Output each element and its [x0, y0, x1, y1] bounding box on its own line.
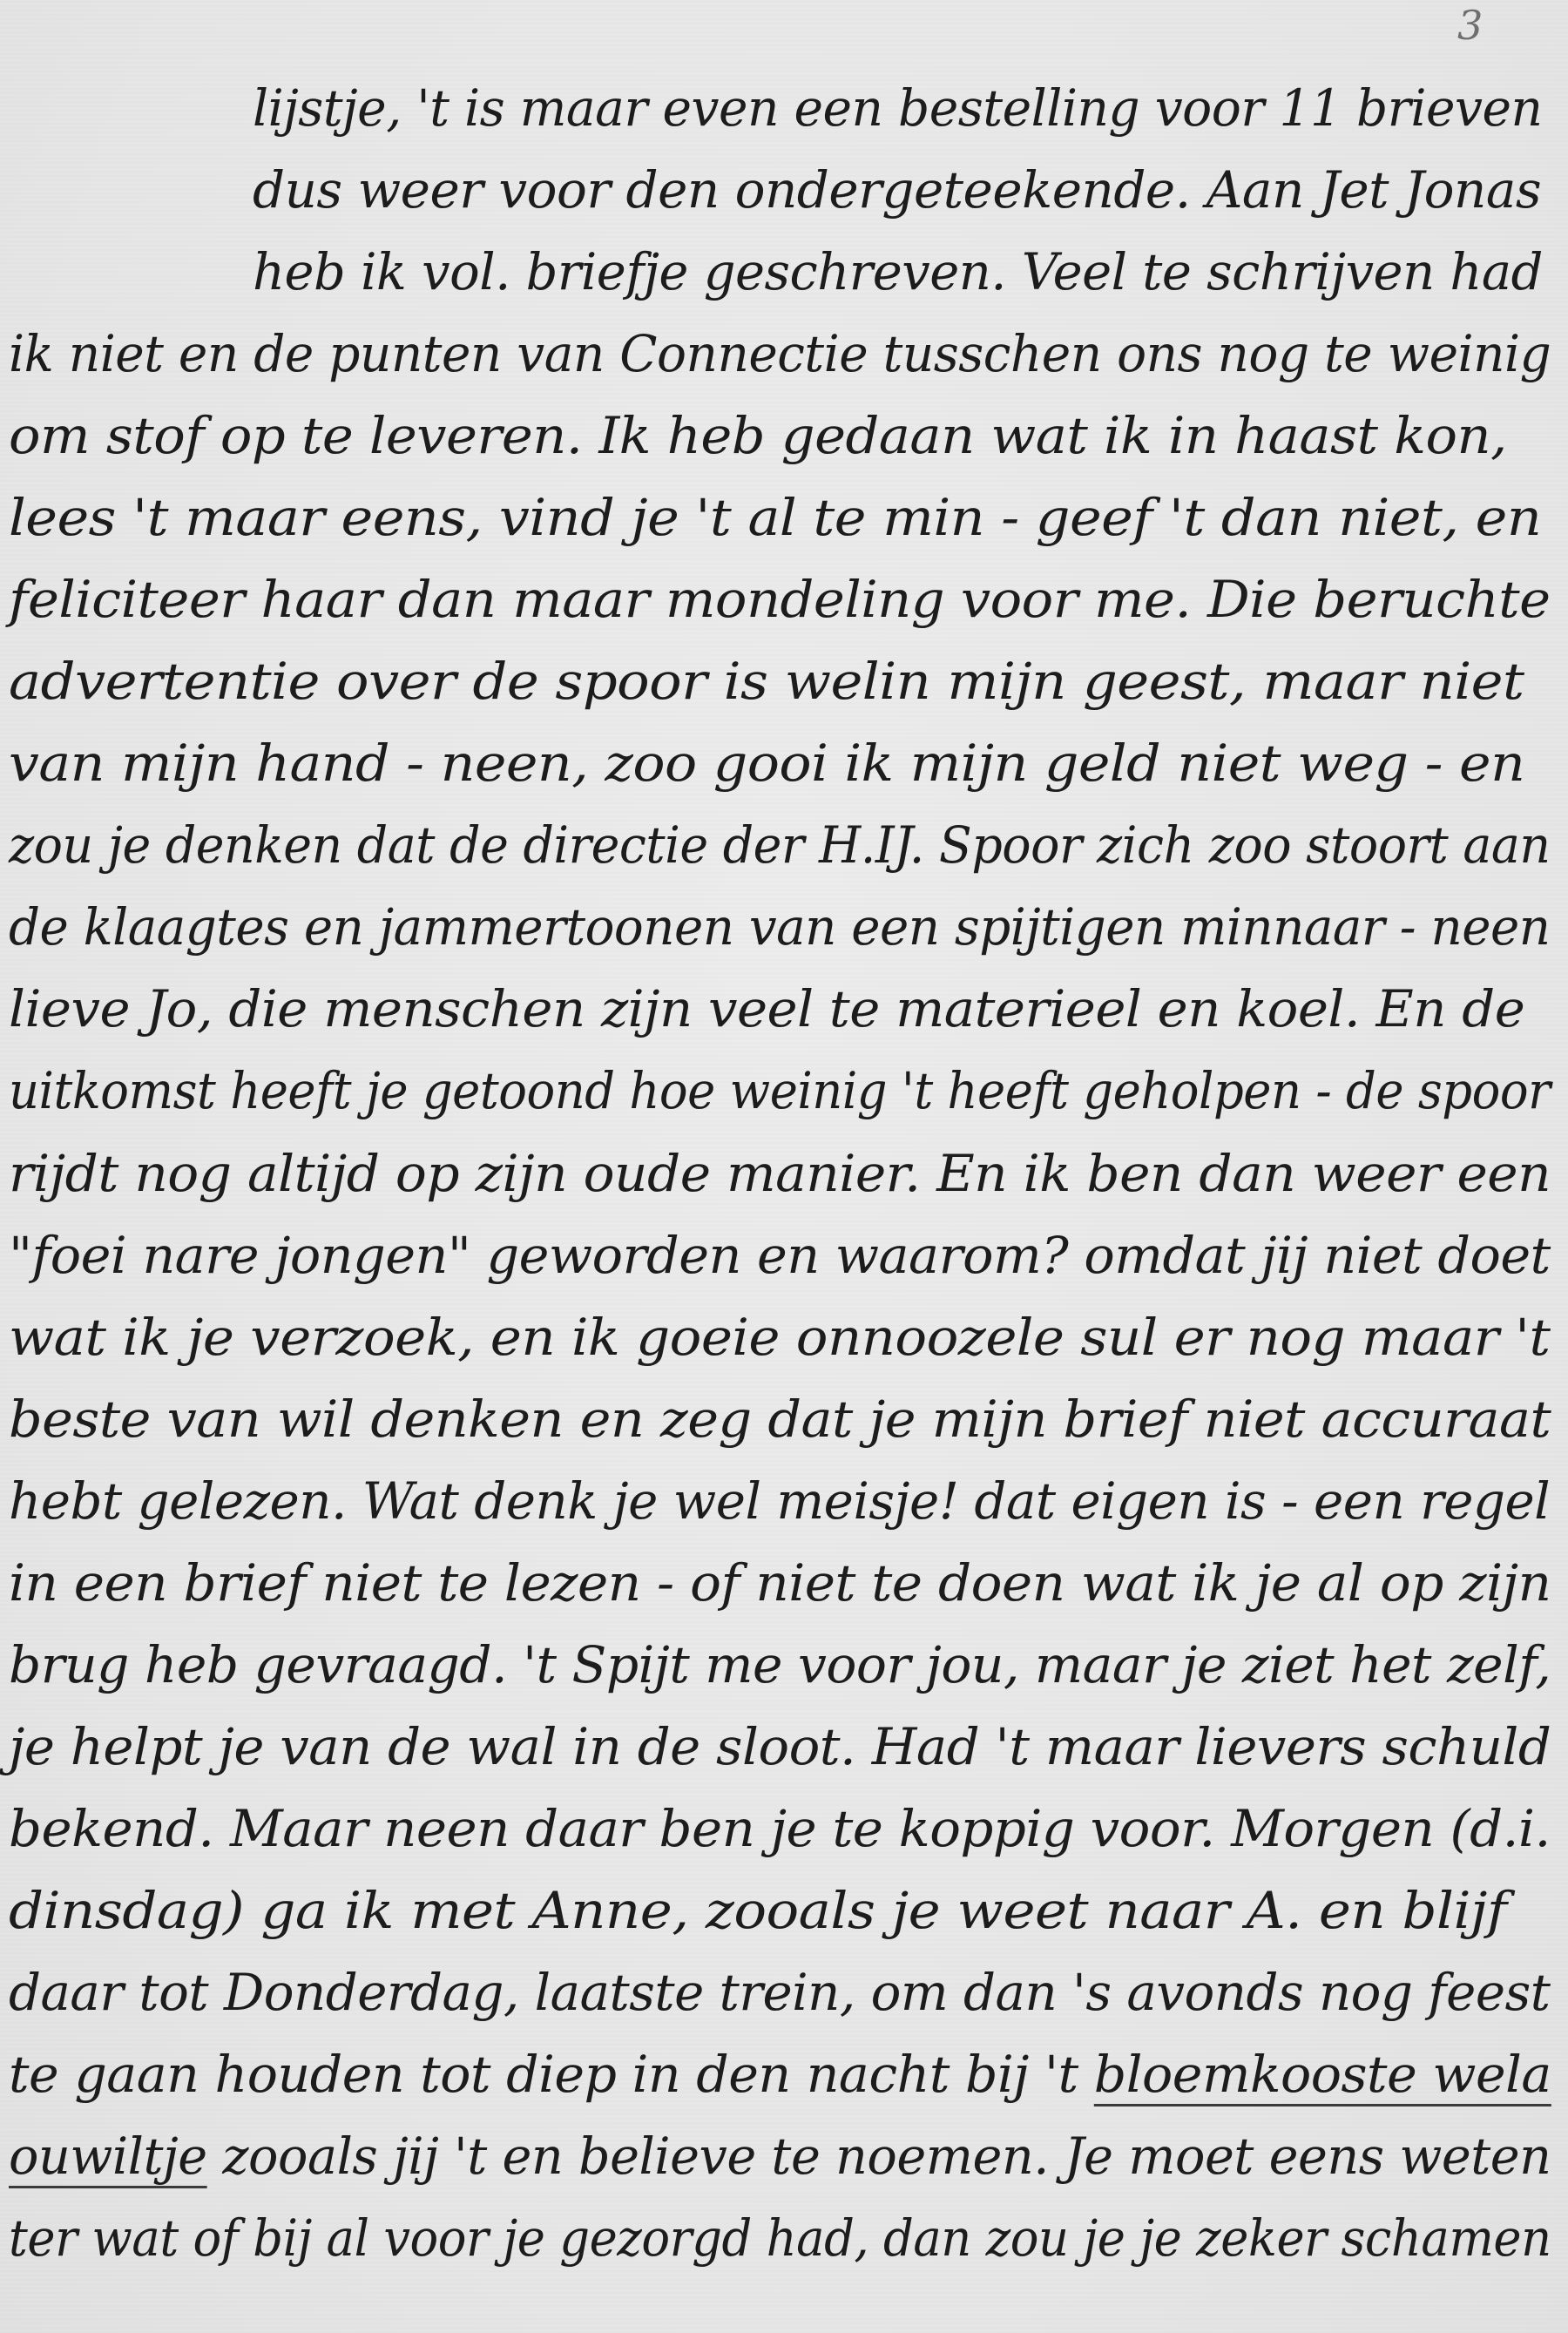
text-line: zou je denken dat de directie der H.IJ. …	[9, 820, 1551, 870]
text-line: dus weer voor den ondergeteekende. Aan J…	[253, 165, 1541, 215]
text-line: van mijn hand - neen, zoo gooi ik mijn g…	[9, 738, 1524, 788]
text-line: beste van wil denken en zeg dat je mijn …	[9, 1394, 1551, 1444]
text-line: in een brief niet te lezen - of niet te …	[9, 1558, 1551, 1608]
text-line: lees 't maar eens, vind je 't al te min …	[9, 492, 1541, 543]
text-line: wat ik je verzoek, en ik goeie onnoozele…	[9, 1312, 1550, 1363]
text-line: bekend. Maar neen daar ben je te koppig …	[9, 1803, 1551, 1854]
text-line: te gaan houden tot diep in den nacht bij…	[9, 2049, 1551, 2100]
text-segment: ter wat of bij al voor je gezorgd had, d…	[9, 2208, 1551, 2268]
text-line: ik niet en de punten van Connectie tussc…	[9, 328, 1551, 379]
text-line: feliciteer haar dan maar mondeling voor …	[9, 574, 1550, 625]
text-segment: te gaan houden tot diep in den nacht bij…	[9, 2045, 1094, 2104]
text-line: heb ik vol. briefje geschreven. Veel te …	[253, 247, 1543, 297]
text-line: brug heb gevraagd. 't Spijt me voor jou,…	[9, 1640, 1551, 1690]
text-line: dinsdag) ga ik met Anne, zooals je weet …	[9, 1885, 1506, 1936]
text-line: je helpt je van de wal in de sloot. Had …	[9, 1721, 1551, 1772]
page-number: 3	[1457, 2, 1483, 49]
text-line: uitkomst heeft je getoond hoe weinig 't …	[9, 1065, 1551, 1116]
text-line: daar tot Donderdag, laatste trein, om da…	[9, 1967, 1550, 2018]
underlined-phrase: bloemkooste wela	[1094, 2045, 1551, 2104]
text-line: de klaagtes en jammertoonen van een spij…	[9, 902, 1551, 952]
text-line: ouwiltje zooals jij 't en believe te noe…	[9, 2131, 1551, 2181]
text-segment: zooals jij 't en believe te noemen. Je m…	[207, 2127, 1551, 2186]
text-line: rijdt nog altijd op zijn oude manier. En…	[9, 1148, 1551, 1199]
text-line: hebt gelezen. Wat denk je wel meisje! da…	[9, 1476, 1550, 1526]
text-line: lijstje, 't is maar even een bestelling …	[253, 83, 1542, 133]
underlined-phrase: ouwiltje	[9, 2127, 207, 2186]
text-line: lieve Jo, die menschen zijn veel te mate…	[9, 984, 1524, 1034]
text-line: om stof op te leveren. Ik heb gedaan wat…	[9, 410, 1507, 461]
text-line: advertentie over de spoor is welin mijn …	[9, 656, 1524, 707]
text-line: ter wat of bij al voor je gezorgd had, d…	[9, 2213, 1551, 2263]
text-line: "foei nare jongen" geworden en waarom? o…	[9, 1230, 1551, 1281]
